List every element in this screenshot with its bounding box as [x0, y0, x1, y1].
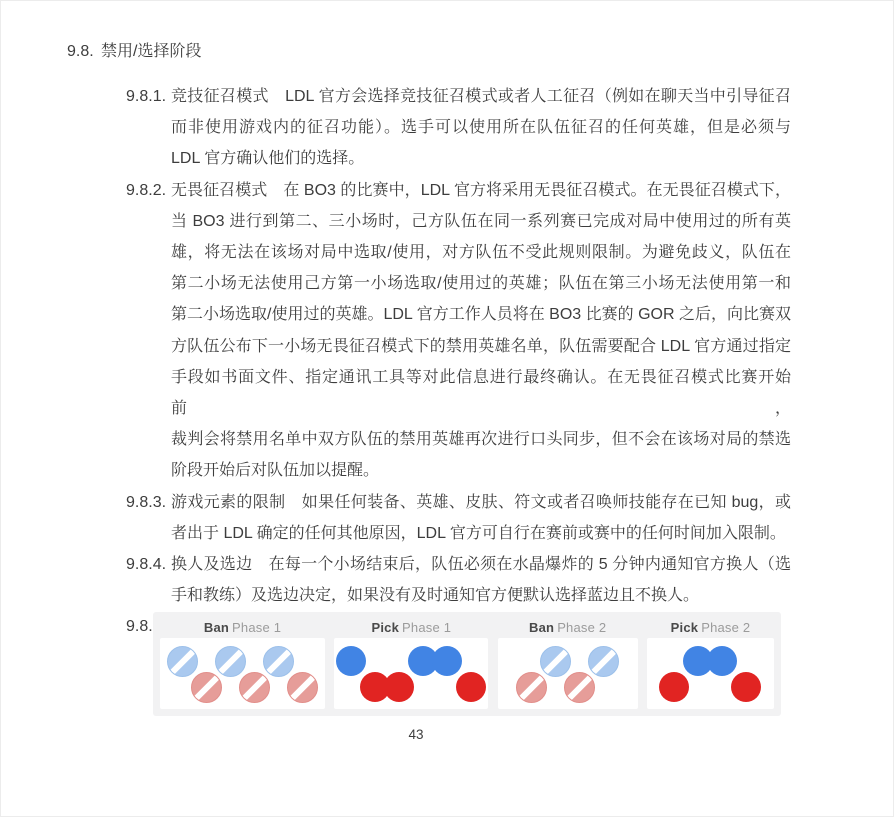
- section-body: 换人及选边 在每一个小场结束后，队伍必须在水晶爆炸的 5 分钟内通知官方换人（选…: [171, 549, 791, 611]
- phase-card: [498, 638, 638, 709]
- section-body: 无畏征召模式 在 BO3 的比赛中，LDL 官方将采用无畏征召模式。在无畏征召模…: [171, 175, 791, 487]
- section-line: 方队伍公布下一小场无畏征召模式下的禁用英雄名单，队伍需要配合 LDL 官方通过指…: [171, 331, 791, 362]
- section-line: 竞技征召模式 LDL 官方会选择竞技征召模式或者人工征召（例如在聊天当中引导征召: [171, 81, 791, 112]
- section-line: 手段如书面文件、指定通讯工具等对此信息进行最终确认。在无畏征召模式比赛开始前，: [171, 362, 791, 424]
- section-line: 者出于 LDL 确定的任何其他原因，LDL 官方可自行在赛前或赛中的任何时间加入…: [171, 518, 791, 549]
- ban-icon-blue: [540, 646, 571, 677]
- phase-card: [647, 638, 774, 709]
- ban-icon-blue: [588, 646, 619, 677]
- phase-title: BanPhase 1: [160, 617, 325, 638]
- rules-section: 9.8.1.竞技征召模式 LDL 官方会选择竞技征召模式或者人工征召（例如在聊天…: [126, 81, 791, 175]
- heading-number: 9.8.: [67, 41, 101, 63]
- section-number: 9.8.3.: [126, 487, 171, 549]
- ban-icon-blue: [263, 646, 294, 677]
- phase-slots: [336, 646, 487, 703]
- phase-title-bold: Ban: [529, 620, 554, 635]
- draft-phase: BanPhase 1: [160, 617, 325, 709]
- section-line: 手和教练）及选边决定，如果没有及时通知官方便默认选择蓝边且不换人。: [171, 580, 791, 611]
- page-number: 43: [396, 727, 436, 742]
- ban-icon-red: [239, 672, 270, 703]
- section-number: 9.8.2.: [126, 175, 171, 487]
- phase-title-bold: Pick: [372, 620, 400, 635]
- section-line: 第二小场无法使用己方第一小场选取/使用过的英雄；队伍在第三小场无法使用第一和: [171, 268, 791, 299]
- pick-icon-red: [384, 672, 414, 702]
- ban-icon-blue: [167, 646, 198, 677]
- rules-section: 9.8.4.换人及选边 在每一个小场结束后，队伍必须在水晶爆炸的 5 分钟内通知…: [126, 549, 791, 611]
- draft-phase: BanPhase 2: [498, 617, 638, 709]
- section-line: 阶段开始后对队伍加以提醒。: [171, 455, 791, 486]
- draft-phase: PickPhase 2: [647, 617, 774, 709]
- document-page: 9.8. 禁用/选择阶段 9.8.1.竞技征召模式 LDL 官方会选择竞技征召模…: [0, 0, 894, 817]
- phase-slots: [516, 646, 619, 703]
- draft-diagram: BanPhase 1PickPhase 1BanPhase 2PickPhase…: [153, 612, 781, 716]
- phase-title: PickPhase 2: [647, 617, 774, 638]
- ban-icon-red: [191, 672, 222, 703]
- section-line: 雄，将无法在该场对局中选取/使用，对方队伍不受此规则限制。为避免歧义，队伍在: [171, 237, 791, 268]
- section-body: 竞技征召模式 LDL 官方会选择竞技征召模式或者人工征召（例如在聊天当中引导征召…: [171, 81, 791, 175]
- ban-icon-red: [516, 672, 547, 703]
- section-number: 9.8.1.: [126, 81, 171, 175]
- ban-icon-red: [564, 672, 595, 703]
- phase-title-rest: Phase 1: [232, 620, 281, 635]
- section-line: 裁判会将禁用名单中双方队伍的禁用英雄再次进行口头同步，但不会在该场对局的禁选: [171, 424, 791, 455]
- section-number: 9.8.4.: [126, 549, 171, 611]
- section-line: 第二小场选取/使用过的英雄。LDL 官方工作人员将在 BO3 比赛的 GOR 之…: [171, 299, 791, 330]
- section-line: LDL 官方确认他们的选择。: [171, 143, 791, 174]
- pick-icon-blue: [432, 646, 462, 676]
- draft-phase: PickPhase 1: [334, 617, 488, 709]
- pick-icon-blue: [336, 646, 366, 676]
- phase-card: [160, 638, 325, 709]
- phase-title-rest: Phase 2: [701, 620, 750, 635]
- pick-icon-red: [731, 672, 761, 702]
- section-line: 换人及选边 在每一个小场结束后，队伍必须在水晶爆炸的 5 分钟内通知官方换人（选: [171, 549, 791, 580]
- phase-card: [334, 638, 488, 709]
- pick-icon-blue: [707, 646, 737, 676]
- phase-title: BanPhase 2: [498, 617, 638, 638]
- phase-title: PickPhase 1: [334, 617, 488, 638]
- phase-title-rest: Phase 1: [402, 620, 451, 635]
- ban-icon-blue: [215, 646, 246, 677]
- section-body: 游戏元素的限制 如果任何装备、英雄、皮肤、符文或者召唤师技能存在已知 bug，或…: [171, 487, 791, 549]
- section-line: 当 BO3 进行到第二、三小场时，己方队伍在同一系列赛已完成对局中使用过的所有英: [171, 206, 791, 237]
- section-heading: 9.8. 禁用/选择阶段: [67, 41, 201, 63]
- rules-section: 9.8.3.游戏元素的限制 如果任何装备、英雄、皮肤、符文或者召唤师技能存在已知…: [126, 487, 791, 549]
- rules-section: 9.8.2.无畏征召模式 在 BO3 的比赛中，LDL 官方将采用无畏征召模式。…: [126, 175, 791, 487]
- phase-title-bold: Pick: [671, 620, 699, 635]
- pick-icon-red: [659, 672, 689, 702]
- pick-icon-red: [456, 672, 486, 702]
- phase-title-rest: Phase 2: [557, 620, 606, 635]
- section-line: 游戏元素的限制 如果任何装备、英雄、皮肤、符文或者召唤师技能存在已知 bug，或: [171, 487, 791, 518]
- rules-sections: 9.8.1.竞技征召模式 LDL 官方会选择竞技征召模式或者人工征召（例如在聊天…: [126, 81, 791, 643]
- phase-title-bold: Ban: [204, 620, 229, 635]
- section-line: 无畏征召模式 在 BO3 的比赛中，LDL 官方将采用无畏征召模式。在无畏征召模…: [171, 175, 791, 206]
- phase-slots: [659, 646, 762, 703]
- heading-title: 禁用/选择阶段: [101, 41, 201, 63]
- section-line: 而非使用游戏内的征召功能）。选手可以使用所在队伍征召的任何英雄，但是必须与: [171, 112, 791, 143]
- ban-icon-red: [287, 672, 318, 703]
- phase-slots: [167, 646, 318, 703]
